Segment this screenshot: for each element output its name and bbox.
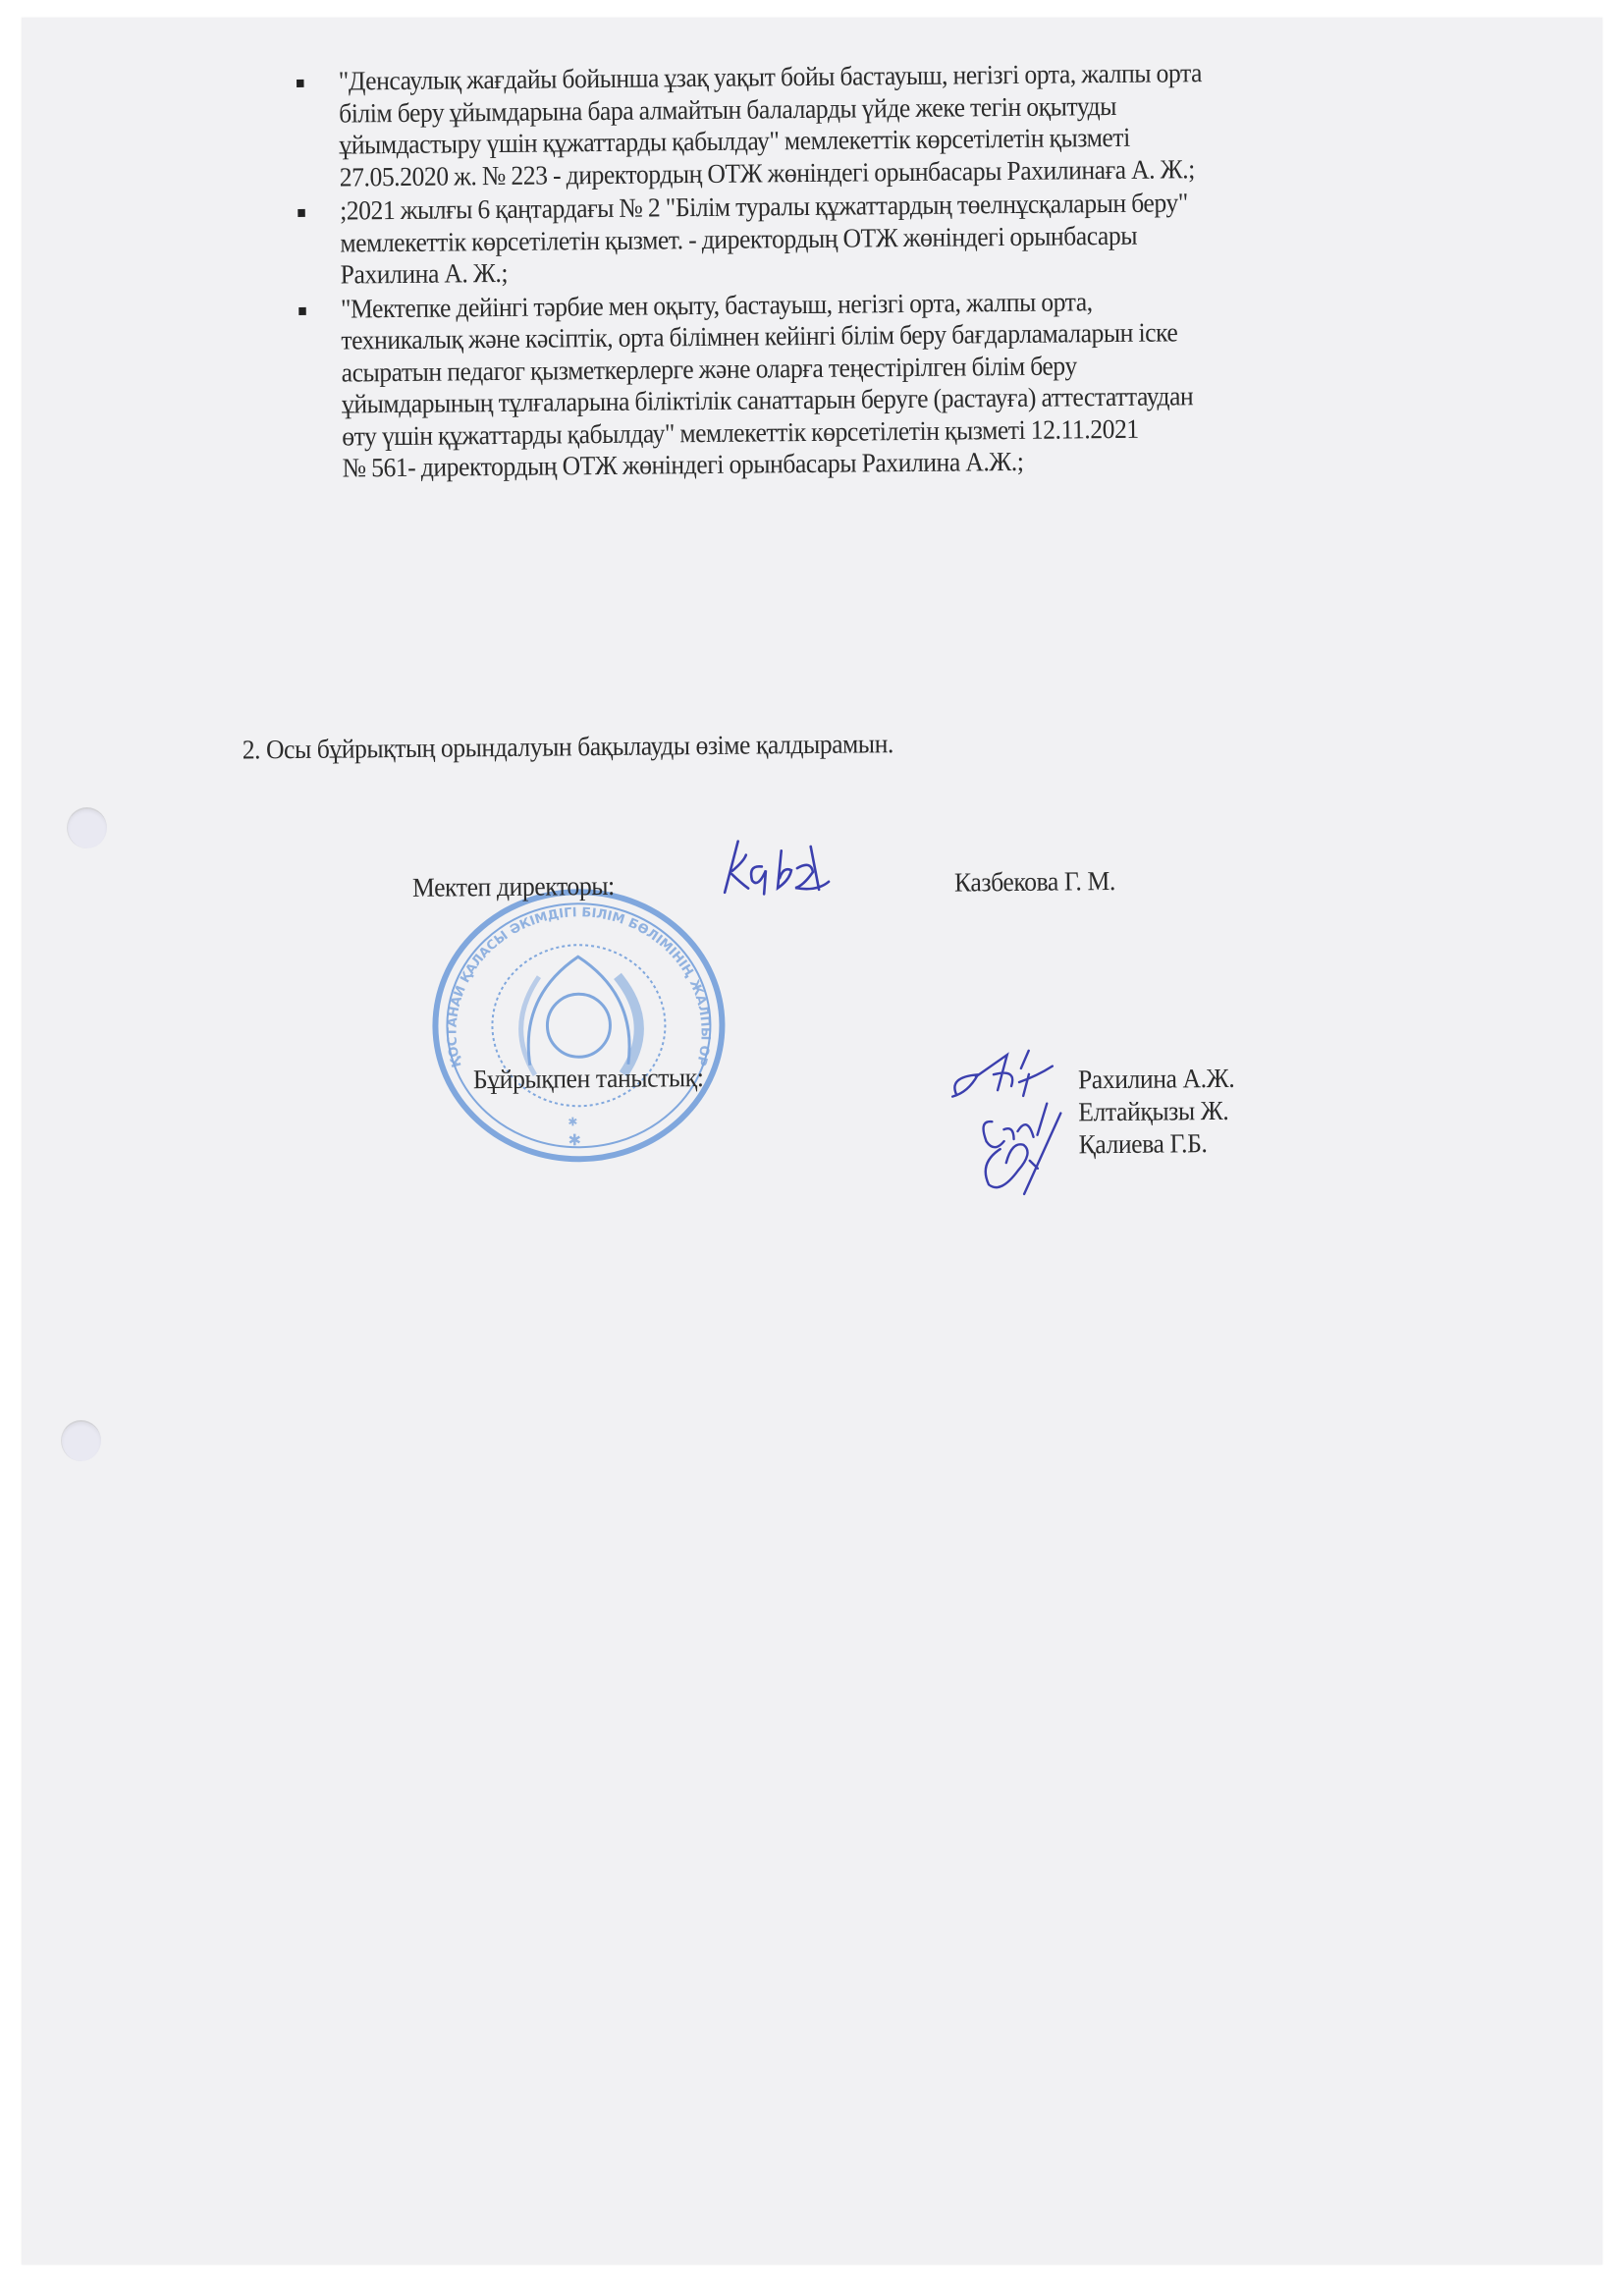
acknowledged-name: Рахилина А.Ж. xyxy=(1078,1062,1235,1096)
acknowledged-name: Қалиева Г.Б. xyxy=(1078,1126,1235,1161)
square-bullet-icon xyxy=(297,80,304,87)
order-items-list: "Денсаулық жағдайы бойынша ұзақ уақыт бо… xyxy=(295,54,1516,484)
acknowledged-name: Елтайқызы Ж. xyxy=(1078,1094,1235,1128)
director-signature-icon xyxy=(719,831,847,901)
document-content: "Денсаулық жағдайы бойынша ұзақ уақыт бо… xyxy=(0,0,1623,2296)
director-label: Мектеп директоры: xyxy=(412,870,615,903)
square-bullet-icon xyxy=(298,209,305,217)
list-item: "Мектепке дейінгі тәрбие мен оқыту, баст… xyxy=(297,281,1529,484)
list-item: ;2021 жылғы 6 қаңтардағы № 2 "Білім тура… xyxy=(296,184,1528,292)
acknowledgment-signatures-icon xyxy=(939,1046,1088,1209)
acknowledged-names: Рахилина А.Ж. Елтайқызы Ж. Қалиева Г.Б. xyxy=(1078,1062,1235,1161)
svg-text:✱: ✱ xyxy=(568,1115,577,1128)
square-bullet-icon xyxy=(298,306,306,314)
list-item: "Денсаулық жағдайы бойынша ұзақ уақыт бо… xyxy=(295,54,1527,193)
svg-text:✱: ✱ xyxy=(568,1130,581,1149)
svg-text:ҚОСТАНАЙ ҚАЛАСЫ ӘКІМДІГІ БІЛІМ: ҚОСТАНАЙ ҚАЛАСЫ ӘКІМДІГІ БІЛІМ БӨЛІМІНІҢ… xyxy=(420,877,713,1070)
paragraph-2: 2. Осы бұйрықтың орындалуын бақылауды өз… xyxy=(243,728,893,765)
director-name: Казбекова Г. М. xyxy=(954,865,1115,899)
acknowledged-label: Бұйрықпен таныстық: xyxy=(473,1062,704,1095)
official-seal-icon: ҚОСТАНАЙ ҚАЛАСЫ ӘКІМДІГІ БІЛІМ БӨЛІМІНІҢ… xyxy=(420,877,737,1175)
